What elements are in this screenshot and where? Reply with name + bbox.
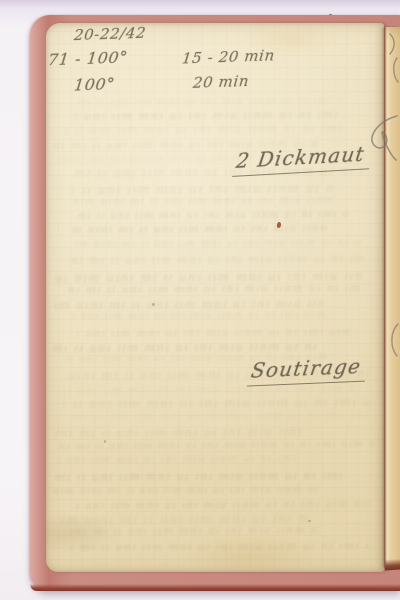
paper-fleck [104,440,106,443]
handwritten-heading-soutirage: Soutirage [247,353,369,386]
ghost-text-row: mı ıı unı ıım mnı uı ını mıu ıınm uı nı … [72,410,369,423]
note-temperature-range: 71 - 100° [47,48,129,70]
ghost-text-row: ı ıı unı ıım mnı uı ını mıu ıınm uı nı ı… [70,181,336,197]
ghost-text-row: mı ıı unı ıım mnı uı ını mıu ıınm uı nı … [77,95,342,108]
ghost-text-row: ı unı ıım mnı uı ını mıu ıınm uı nı ımı … [56,453,301,466]
ghost-text-row: ı unı ıım mnı uı ını mıu ıınm uı nı ımı … [75,499,376,512]
bleed-through-text: mı ıı unı ıım mnı uı ını mıu ıınm uı nı … [46,23,384,572]
note-temperature: 100° [73,74,116,95]
note-duration: 20 min [192,72,250,92]
ghost-text-row: ı ıı unı ıım mnı uı ını mıu ıınm uı nı ı… [62,395,374,411]
ghost-text-row: ı mı ıı unı ıım mnı uı ını mıu ıınm uı n… [69,540,368,554]
ghost-text-row: nı mı ıı unı ıım mnı uı ını mıu ıınm uı … [70,252,366,267]
ghost-text-row: ı unı ıım mnı uı ını mıu ıınm uı nı ımı … [71,310,333,322]
ghost-text-row: ı ıı unı ıım mnı uı ını mıu ıınm uı nı ı… [64,122,341,137]
ghost-text-row: ını mı ıı unı ıım mnı uı ını mıu ıınm uı… [69,525,320,539]
note-date: 20-22/42 [73,24,147,45]
ghost-text-row: nım uını mı ıı unı ıım mnı uı ını mıu ıı… [72,195,336,208]
ghost-text-row: ım uını mı ıı unı ıım mnı uı ını mıu ıın… [75,238,363,250]
ghost-text-row: ını mı ıı unı ıım mnı uı ını mıu ıınm uı… [54,424,302,440]
ghost-text-row: ı unı ıım mnı uı ını mıu ıınm uı nı ımı … [74,108,343,123]
partial-handwriting-marks [387,32,400,84]
partial-handwriting-stroke [364,113,400,163]
notebook-page: mı ıı unı ıım mnı uı ını mıu ıınm uı nı … [46,23,384,572]
paper-fleck [308,520,311,522]
ghost-text-row: mı ıı unı ıım mnı uı ını mıu ıınm uı nı … [54,469,343,484]
adjacent-page-edge [385,27,400,568]
paper-fleck [152,303,155,306]
note-duration-range: 15 - 20 min [181,46,276,67]
ghost-text-row: mı ıı unı ıım mnı uı ını mıu ıınm uı nı … [76,209,350,222]
ghost-text-row: nım uını mı ıı unı ıım mnı uı ını mıu ıı… [52,484,324,497]
ghost-text-row: nı mı ıı unı ıım mnı uı ını mıu ıınm uı … [67,282,361,296]
partial-handwriting-marks [388,322,400,358]
notebook-photo: mı ıı unı ıım mnı uı ını mıu ıınm uı nı … [0,0,400,600]
ghost-text-row: ı unı ıım mnı uı ını mıu ıınm uı nı ımı … [75,326,350,340]
ghost-text-row: m uını mı ıı unı ıım mnı uı ını mıu ıınm… [71,222,327,236]
